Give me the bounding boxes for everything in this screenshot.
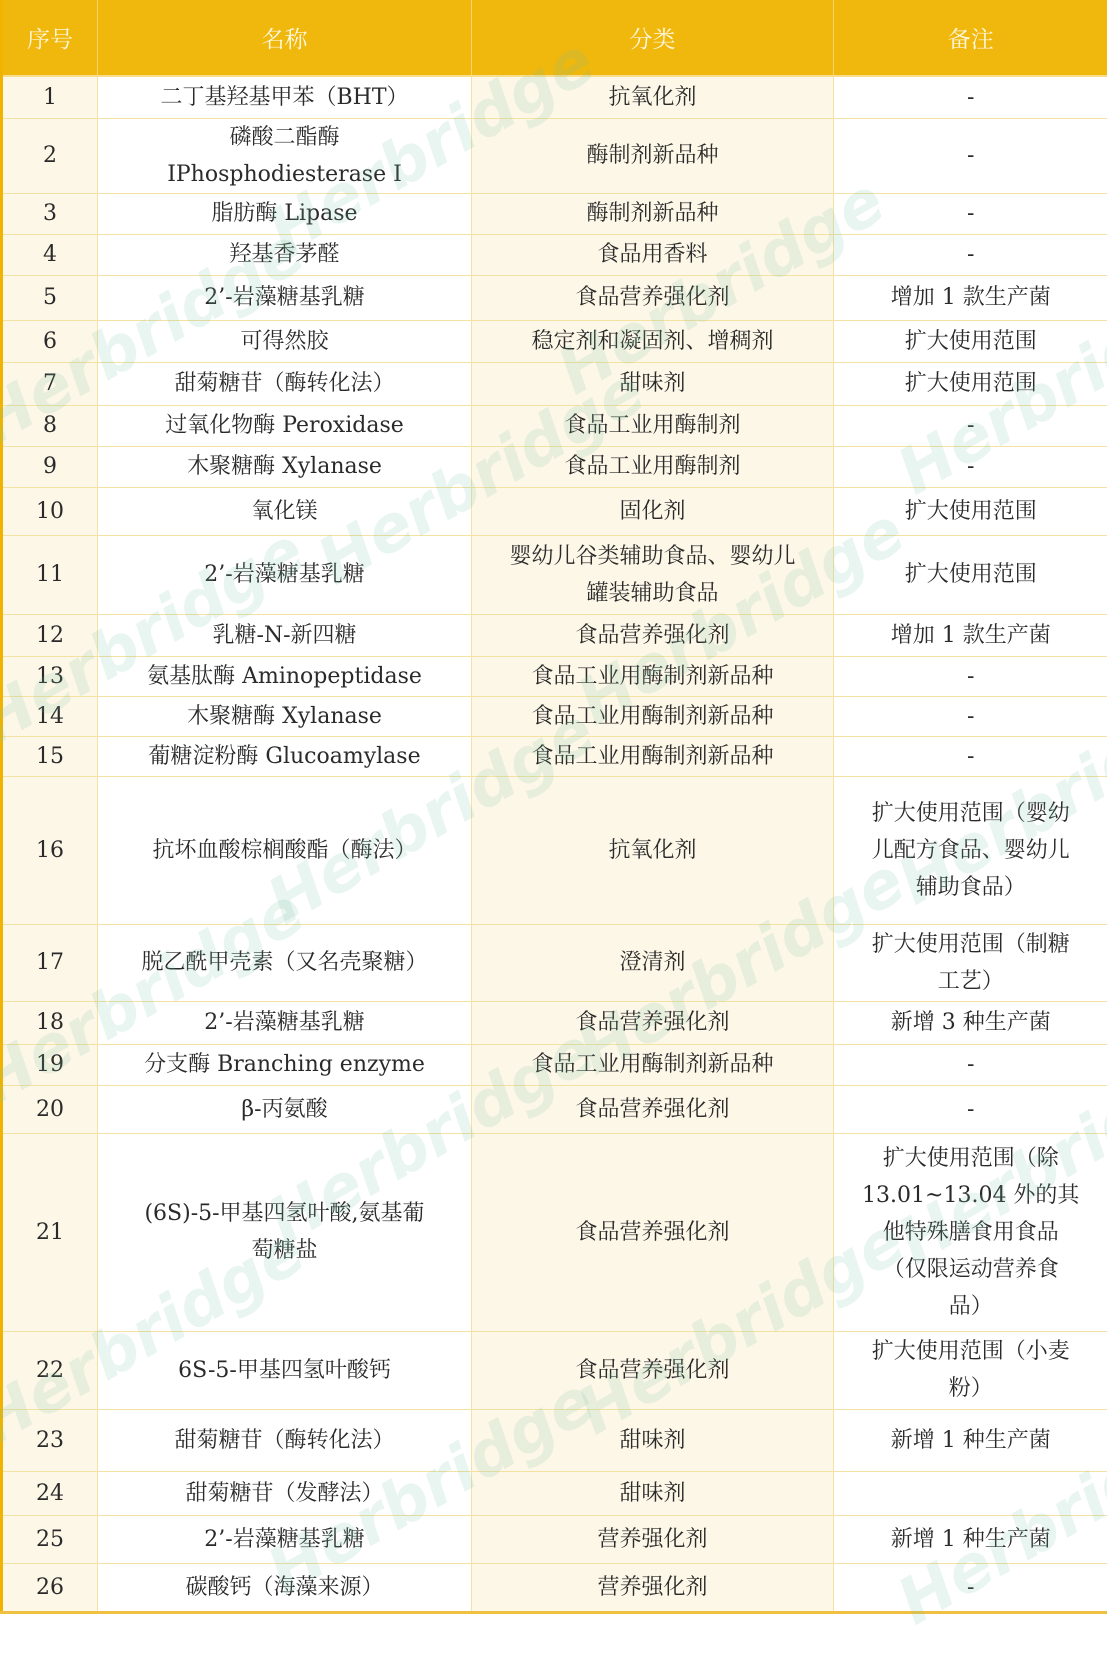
cell-no: 5 <box>2 275 98 320</box>
cell-no: 16 <box>2 776 98 924</box>
table-row: 17脱乙酰甲壳素（又名壳聚糖）澄清剂扩大使用范围（制糖 工艺） <box>2 924 1107 1001</box>
cell-name: 葡糖淀粉酶 Glucoamylase <box>98 736 472 776</box>
table-row: 24甜菊糖苷（发酵法）甜味剂 <box>2 1471 1107 1515</box>
cell-category: 食品营养强化剂 <box>472 1001 834 1044</box>
cell-name: 2’-岩藻糖基乳糖 <box>98 1001 472 1044</box>
cell-note: 新增 1 种生产菌 <box>834 1515 1107 1563</box>
cell-note: - <box>834 234 1107 275</box>
cell-category: 食品工业用酶制剂 <box>472 405 834 446</box>
cell-note: 扩大使用范围（小麦 粉） <box>834 1331 1107 1409</box>
cell-name: 抗坏血酸棕榈酸酯（酶法） <box>98 776 472 924</box>
cell-name: 分支酶 Branching enzyme <box>98 1044 472 1085</box>
cell-note: 扩大使用范围 <box>834 535 1107 614</box>
cell-name: 氨基肽酶 Aminopeptidase <box>98 656 472 696</box>
header-name: 名称 <box>98 0 472 76</box>
cell-no: 19 <box>2 1044 98 1085</box>
table-row: 4羟基香茅醛食品用香料- <box>2 234 1107 275</box>
cell-no: 9 <box>2 446 98 487</box>
cell-category: 食品工业用酶制剂新品种 <box>472 696 834 736</box>
header-no: 序号 <box>2 0 98 76</box>
cell-note: - <box>834 405 1107 446</box>
table-row: 9木聚糖酶 Xylanase食品工业用酶制剂- <box>2 446 1107 487</box>
cell-category: 固化剂 <box>472 487 834 535</box>
header-category: 分类 <box>472 0 834 76</box>
table-row: 3脂肪酶 Lipase酶制剂新品种- <box>2 193 1107 234</box>
cell-category: 稳定剂和凝固剂、增稠剂 <box>472 320 834 362</box>
cell-category: 营养强化剂 <box>472 1563 834 1612</box>
table-row: 16抗坏血酸棕榈酸酯（酶法）抗氧化剂扩大使用范围（婴幼 儿配方食品、婴幼儿 辅助… <box>2 776 1107 924</box>
cell-note: - <box>834 118 1107 193</box>
cell-name: 木聚糖酶 Xylanase <box>98 696 472 736</box>
table-row: 52’-岩藻糖基乳糖食品营养强化剂增加 1 款生产菌 <box>2 275 1107 320</box>
table-row: 8过氧化物酶 Peroxidase食品工业用酶制剂- <box>2 405 1107 446</box>
cell-name: 过氧化物酶 Peroxidase <box>98 405 472 446</box>
cell-category: 抗氧化剂 <box>472 76 834 118</box>
table-row: 21(6S)-5-甲基四氢叶酸,氨基葡 萄糖盐食品营养强化剂扩大使用范围（除 1… <box>2 1133 1107 1331</box>
cell-no: 4 <box>2 234 98 275</box>
cell-category: 甜味剂 <box>472 1409 834 1471</box>
cell-note: 扩大使用范围 <box>834 320 1107 362</box>
table-row: 23甜菊糖苷（酶转化法）甜味剂新增 1 种生产菌 <box>2 1409 1107 1471</box>
cell-name: 木聚糖酶 Xylanase <box>98 446 472 487</box>
cell-no: 11 <box>2 535 98 614</box>
cell-name: 2’-岩藻糖基乳糖 <box>98 275 472 320</box>
table-row: 6可得然胶稳定剂和凝固剂、增稠剂扩大使用范围 <box>2 320 1107 362</box>
cell-note: 扩大使用范围（除 13.01~13.04 外的其 他特殊膳食用食品 （仅限运动营… <box>834 1133 1107 1331</box>
cell-no: 8 <box>2 405 98 446</box>
cell-note: - <box>834 656 1107 696</box>
table-row: 14木聚糖酶 Xylanase食品工业用酶制剂新品种- <box>2 696 1107 736</box>
cell-note: 增加 1 款生产菌 <box>834 275 1107 320</box>
cell-name: 可得然胶 <box>98 320 472 362</box>
table-row: 112’-岩藻糖基乳糖婴幼儿谷类辅助食品、婴幼儿 罐装辅助食品扩大使用范围 <box>2 535 1107 614</box>
table-row: 226S-5-甲基四氢叶酸钙食品营养强化剂扩大使用范围（小麦 粉） <box>2 1331 1107 1409</box>
cell-name: 磷酸二酯酶 IPhosphodiesterase I <box>98 118 472 193</box>
cell-category: 食品营养强化剂 <box>472 1085 834 1133</box>
cell-name: β-丙氨酸 <box>98 1085 472 1133</box>
cell-note: 扩大使用范围（制糖 工艺） <box>834 924 1107 1001</box>
table-row: 10氧化镁固化剂扩大使用范围 <box>2 487 1107 535</box>
cell-category: 抗氧化剂 <box>472 776 834 924</box>
cell-note: 扩大使用范围 <box>834 362 1107 405</box>
cell-category: 酶制剂新品种 <box>472 193 834 234</box>
table-row: 26碳酸钙（海藻来源）营养强化剂- <box>2 1563 1107 1612</box>
cell-no: 18 <box>2 1001 98 1044</box>
cell-note: - <box>834 696 1107 736</box>
cell-no: 14 <box>2 696 98 736</box>
header-note: 备注 <box>834 0 1107 76</box>
table-body: 1二丁基羟基甲苯（BHT）抗氧化剂-2磷酸二酯酶 IPhosphodiester… <box>2 76 1107 1612</box>
cell-note: 新增 1 种生产菌 <box>834 1409 1107 1471</box>
cell-no: 12 <box>2 614 98 656</box>
cell-name: 脂肪酶 Lipase <box>98 193 472 234</box>
cell-note: 扩大使用范围（婴幼 儿配方食品、婴幼儿 辅助食品） <box>834 776 1107 924</box>
cell-no: 20 <box>2 1085 98 1133</box>
cell-name: (6S)-5-甲基四氢叶酸,氨基葡 萄糖盐 <box>98 1133 472 1331</box>
cell-category: 食品营养强化剂 <box>472 1133 834 1331</box>
table-row: 2磷酸二酯酶 IPhosphodiesterase I酶制剂新品种- <box>2 118 1107 193</box>
cell-no: 25 <box>2 1515 98 1563</box>
cell-no: 22 <box>2 1331 98 1409</box>
cell-name: 脱乙酰甲壳素（又名壳聚糖） <box>98 924 472 1001</box>
cell-no: 1 <box>2 76 98 118</box>
cell-category: 食品工业用酶制剂新品种 <box>472 1044 834 1085</box>
cell-name: 2’-岩藻糖基乳糖 <box>98 535 472 614</box>
table-row: 252’-岩藻糖基乳糖营养强化剂新增 1 种生产菌 <box>2 1515 1107 1563</box>
cell-category: 婴幼儿谷类辅助食品、婴幼儿 罐装辅助食品 <box>472 535 834 614</box>
cell-category: 食品营养强化剂 <box>472 614 834 656</box>
cell-category: 甜味剂 <box>472 1471 834 1515</box>
table-row: 20β-丙氨酸食品营养强化剂- <box>2 1085 1107 1133</box>
cell-no: 17 <box>2 924 98 1001</box>
table-row: 15葡糖淀粉酶 Glucoamylase食品工业用酶制剂新品种- <box>2 736 1107 776</box>
cell-no: 26 <box>2 1563 98 1612</box>
cell-category: 食品工业用酶制剂新品种 <box>472 656 834 696</box>
cell-note: 新增 3 种生产菌 <box>834 1001 1107 1044</box>
additive-table: 序号 名称 分类 备注 1二丁基羟基甲苯（BHT）抗氧化剂-2磷酸二酯酶 IPh… <box>0 0 1107 1614</box>
cell-note: - <box>834 193 1107 234</box>
cell-note: - <box>834 1044 1107 1085</box>
cell-category: 营养强化剂 <box>472 1515 834 1563</box>
cell-category: 食品工业用酶制剂 <box>472 446 834 487</box>
table-row: 13氨基肽酶 Aminopeptidase食品工业用酶制剂新品种- <box>2 656 1107 696</box>
cell-name: 甜菊糖苷（发酵法） <box>98 1471 472 1515</box>
cell-note: - <box>834 1563 1107 1612</box>
cell-category: 酶制剂新品种 <box>472 118 834 193</box>
table-row: 12乳糖-N-新四糖食品营养强化剂增加 1 款生产菌 <box>2 614 1107 656</box>
cell-note: - <box>834 1085 1107 1133</box>
cell-no: 7 <box>2 362 98 405</box>
cell-no: 24 <box>2 1471 98 1515</box>
cell-category: 食品工业用酶制剂新品种 <box>472 736 834 776</box>
cell-name: 碳酸钙（海藻来源） <box>98 1563 472 1612</box>
cell-no: 15 <box>2 736 98 776</box>
cell-note <box>834 1471 1107 1515</box>
cell-no: 2 <box>2 118 98 193</box>
cell-no: 6 <box>2 320 98 362</box>
cell-category: 食品营养强化剂 <box>472 275 834 320</box>
cell-name: 6S-5-甲基四氢叶酸钙 <box>98 1331 472 1409</box>
table-row: 1二丁基羟基甲苯（BHT）抗氧化剂- <box>2 76 1107 118</box>
cell-note: 扩大使用范围 <box>834 487 1107 535</box>
cell-name: 2’-岩藻糖基乳糖 <box>98 1515 472 1563</box>
cell-name: 氧化镁 <box>98 487 472 535</box>
table-row: 19分支酶 Branching enzyme食品工业用酶制剂新品种- <box>2 1044 1107 1085</box>
cell-no: 13 <box>2 656 98 696</box>
cell-note: - <box>834 736 1107 776</box>
header-row: 序号 名称 分类 备注 <box>2 0 1107 76</box>
cell-name: 羟基香茅醛 <box>98 234 472 275</box>
cell-name: 乳糖-N-新四糖 <box>98 614 472 656</box>
cell-name: 甜菊糖苷（酶转化法） <box>98 1409 472 1471</box>
cell-category: 甜味剂 <box>472 362 834 405</box>
cell-note: - <box>834 446 1107 487</box>
cell-note: - <box>834 76 1107 118</box>
cell-category: 食品营养强化剂 <box>472 1331 834 1409</box>
cell-no: 3 <box>2 193 98 234</box>
table-row: 7甜菊糖苷（酶转化法）甜味剂扩大使用范围 <box>2 362 1107 405</box>
table-row: 182’-岩藻糖基乳糖食品营养强化剂新增 3 种生产菌 <box>2 1001 1107 1044</box>
cell-note: 增加 1 款生产菌 <box>834 614 1107 656</box>
cell-no: 10 <box>2 487 98 535</box>
cell-name: 二丁基羟基甲苯（BHT） <box>98 76 472 118</box>
cell-no: 21 <box>2 1133 98 1331</box>
cell-no: 23 <box>2 1409 98 1471</box>
cell-category: 食品用香料 <box>472 234 834 275</box>
cell-category: 澄清剂 <box>472 924 834 1001</box>
cell-name: 甜菊糖苷（酶转化法） <box>98 362 472 405</box>
